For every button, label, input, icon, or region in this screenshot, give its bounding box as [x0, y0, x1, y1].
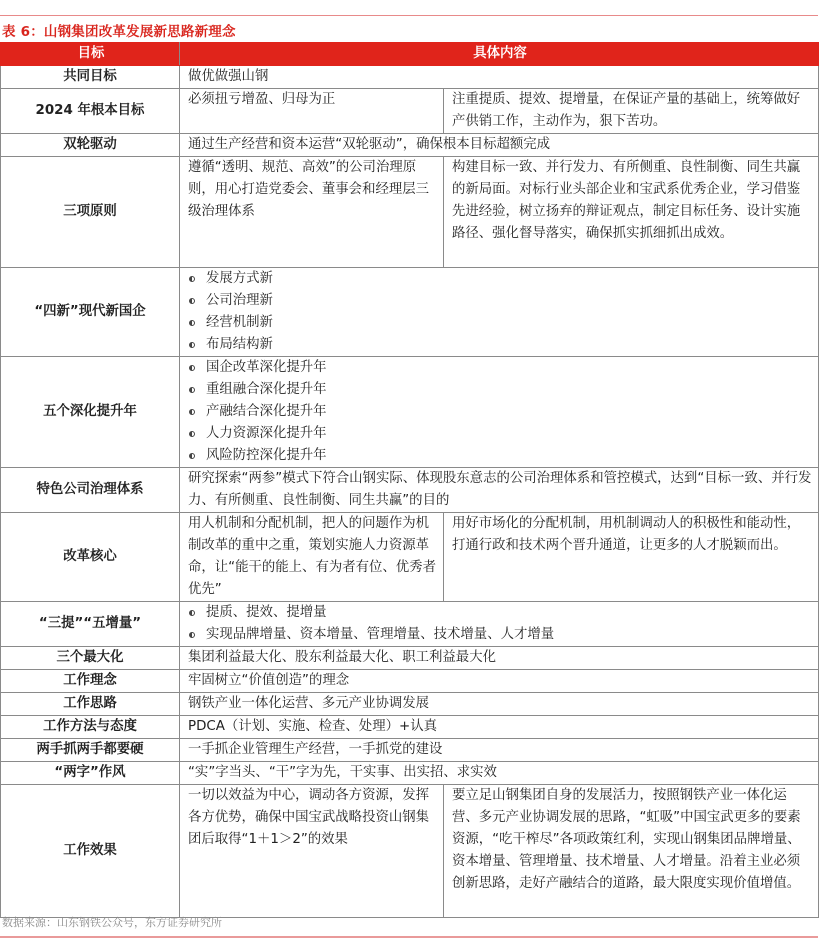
- row-goal: 工作方法与态度: [1, 716, 180, 739]
- half-circle-bullet-icon: [189, 365, 195, 371]
- row-goal: 特色公司治理体系: [1, 468, 180, 513]
- bullet-item: 发展方式新: [188, 268, 812, 290]
- half-circle-bullet-icon: [189, 387, 195, 393]
- row-content: 一手抓企业管理生产经营，一手抓党的建设: [180, 739, 819, 762]
- bullet-item: 产融结合深化提升年: [188, 401, 812, 423]
- table-row: “三提”“五增量” 提质、提效、提增量 实现品牌增量、资本增量、管理增量、技术增…: [1, 602, 819, 647]
- bullet-item: 国企改革深化提升年: [188, 357, 812, 379]
- row-goal: 共同目标: [1, 66, 180, 89]
- top-divider: [0, 15, 818, 16]
- row-content: 牢固树立“价值创造”的理念: [180, 670, 819, 693]
- row-content: 做优做强山钢: [180, 66, 819, 89]
- table-row: 三个最大化 集团利益最大化、股东利益最大化、职工利益最大化: [1, 647, 819, 670]
- row-goal: “两字”作风: [1, 762, 180, 785]
- row-content-left: 遵循“透明、规范、高效”的公司治理原则，用心打造党委会、董事会和经理层三级治理体…: [180, 157, 444, 268]
- row-content: 钢铁产业一体化运营、多元产业协调发展: [180, 693, 819, 716]
- row-content-left: 用人机制和分配机制，把人的问题作为机制改革的重中之重，策划实施人力资源革命，让“…: [180, 513, 444, 602]
- table-row: 共同目标 做优做强山钢: [1, 66, 819, 89]
- half-circle-bullet-icon: [189, 276, 195, 282]
- table-row: 工作方法与态度 PDCA（计划、实施、检查、处理）+认真: [1, 716, 819, 739]
- row-bullets: 国企改革深化提升年 重组融合深化提升年 产融结合深化提升年 人力资源深化提升年 …: [180, 357, 819, 468]
- half-circle-bullet-icon: [189, 409, 195, 415]
- row-content: “实”字当头、“干”字为先，干实事、出实招、求实效: [180, 762, 819, 785]
- row-goal: 2024 年根本目标: [1, 89, 180, 134]
- row-bullets: 发展方式新 公司治理新 经营机制新 布局结构新: [180, 268, 819, 357]
- row-goal: 三项原则: [1, 157, 180, 268]
- half-circle-bullet-icon: [189, 298, 195, 304]
- row-content-right: 要立足山钢集团自身的发展活力，按照钢铁产业一体化运营、多元产业协调发展的思路，“…: [444, 785, 819, 918]
- bullet-item: 风险防控深化提升年: [188, 445, 812, 467]
- table-row: 三项原则 遵循“透明、规范、高效”的公司治理原则，用心打造党委会、董事会和经理层…: [1, 157, 819, 268]
- table-row: “四新”现代新国企 发展方式新 公司治理新 经营机制新 布局结构新: [1, 268, 819, 357]
- half-circle-bullet-icon: [189, 632, 195, 638]
- reform-table: 目标 具体内容 共同目标 做优做强山钢 2024 年根本目标 必须扭亏增盈、归母…: [0, 42, 819, 918]
- row-content: 集团利益最大化、股东利益最大化、职工利益最大化: [180, 647, 819, 670]
- table-row: 改革核心 用人机制和分配机制，把人的问题作为机制改革的重中之重，策划实施人力资源…: [1, 513, 819, 602]
- row-goal: 改革核心: [1, 513, 180, 602]
- half-circle-bullet-icon: [189, 431, 195, 437]
- row-goal: 工作思路: [1, 693, 180, 716]
- bullet-item: 实现品牌增量、资本增量、管理增量、技术增量、人才增量: [188, 624, 812, 646]
- row-goal: 五个深化提升年: [1, 357, 180, 468]
- half-circle-bullet-icon: [189, 320, 195, 326]
- table-caption: 表 6：山钢集团改革发展新思路新理念: [2, 20, 236, 40]
- table-header-row: 目标 具体内容: [1, 43, 819, 66]
- row-content-right: 构建目标一致、并行发力、有所侧重、良性制衡、同生共赢的新局面。对标行业头部企业和…: [444, 157, 819, 268]
- table-row: 特色公司治理体系 研究探索“两参”模式下符合山钢实际、体现股东意志的公司治理体系…: [1, 468, 819, 513]
- half-circle-bullet-icon: [189, 342, 195, 348]
- row-content-left: 必须扭亏增盈、归母为正: [180, 89, 444, 134]
- header-goal: 目标: [1, 43, 180, 66]
- row-goal: 三个最大化: [1, 647, 180, 670]
- data-source-note: 数据来源：山东钢铁公众号，东方证券研究所: [2, 914, 222, 930]
- row-content-right: 注重提质、提效、提增量，在保证产量的基础上，统筹做好产供销工作，主动作为，狠下苦…: [444, 89, 819, 134]
- row-goal: 工作理念: [1, 670, 180, 693]
- bullet-item: 布局结构新: [188, 334, 812, 356]
- bullet-item: 重组融合深化提升年: [188, 379, 812, 401]
- table-row: 五个深化提升年 国企改革深化提升年 重组融合深化提升年 产融结合深化提升年 人力…: [1, 357, 819, 468]
- row-content: 研究探索“两参”模式下符合山钢实际、体现股东意志的公司治理体系和管控模式，达到“…: [180, 468, 819, 513]
- row-goal: 双轮驱动: [1, 134, 180, 157]
- header-content: 具体内容: [180, 43, 819, 66]
- row-goal: “三提”“五增量”: [1, 602, 180, 647]
- bullet-item: 公司治理新: [188, 290, 812, 312]
- table-row: 双轮驱动 通过生产经营和资本运营“双轮驱动”，确保根本目标超额完成: [1, 134, 819, 157]
- table-row: 工作理念 牢固树立“价值创造”的理念: [1, 670, 819, 693]
- half-circle-bullet-icon: [189, 610, 195, 616]
- half-circle-bullet-icon: [189, 453, 195, 459]
- bullet-item: 经营机制新: [188, 312, 812, 334]
- row-bullets: 提质、提效、提增量 实现品牌增量、资本增量、管理增量、技术增量、人才增量: [180, 602, 819, 647]
- table-row: 2024 年根本目标 必须扭亏增盈、归母为正 注重提质、提效、提增量，在保证产量…: [1, 89, 819, 134]
- row-content: PDCA（计划、实施、检查、处理）+认真: [180, 716, 819, 739]
- table-row: 工作思路 钢铁产业一体化运营、多元产业协调发展: [1, 693, 819, 716]
- row-content-left: 一切以效益为中心，调动各方资源，发挥各方优势，确保中国宝武战略投资山钢集团后取得…: [180, 785, 444, 918]
- row-goal: 工作效果: [1, 785, 180, 918]
- table-row: “两字”作风 “实”字当头、“干”字为先，干实事、出实招、求实效: [1, 762, 819, 785]
- row-content-right: 用好市场化的分配机制，用机制调动人的积极性和能动性，打通行政和技术两个晋升通道，…: [444, 513, 819, 602]
- bullet-item: 人力资源深化提升年: [188, 423, 812, 445]
- bottom-divider: [0, 936, 818, 938]
- row-content: 通过生产经营和资本运营“双轮驱动”，确保根本目标超额完成: [180, 134, 819, 157]
- table-row: 两手抓两手都要硬 一手抓企业管理生产经营，一手抓党的建设: [1, 739, 819, 762]
- row-goal: “四新”现代新国企: [1, 268, 180, 357]
- row-goal: 两手抓两手都要硬: [1, 739, 180, 762]
- bullet-item: 提质、提效、提增量: [188, 602, 812, 624]
- table-row: 工作效果 一切以效益为中心，调动各方资源，发挥各方优势，确保中国宝武战略投资山钢…: [1, 785, 819, 918]
